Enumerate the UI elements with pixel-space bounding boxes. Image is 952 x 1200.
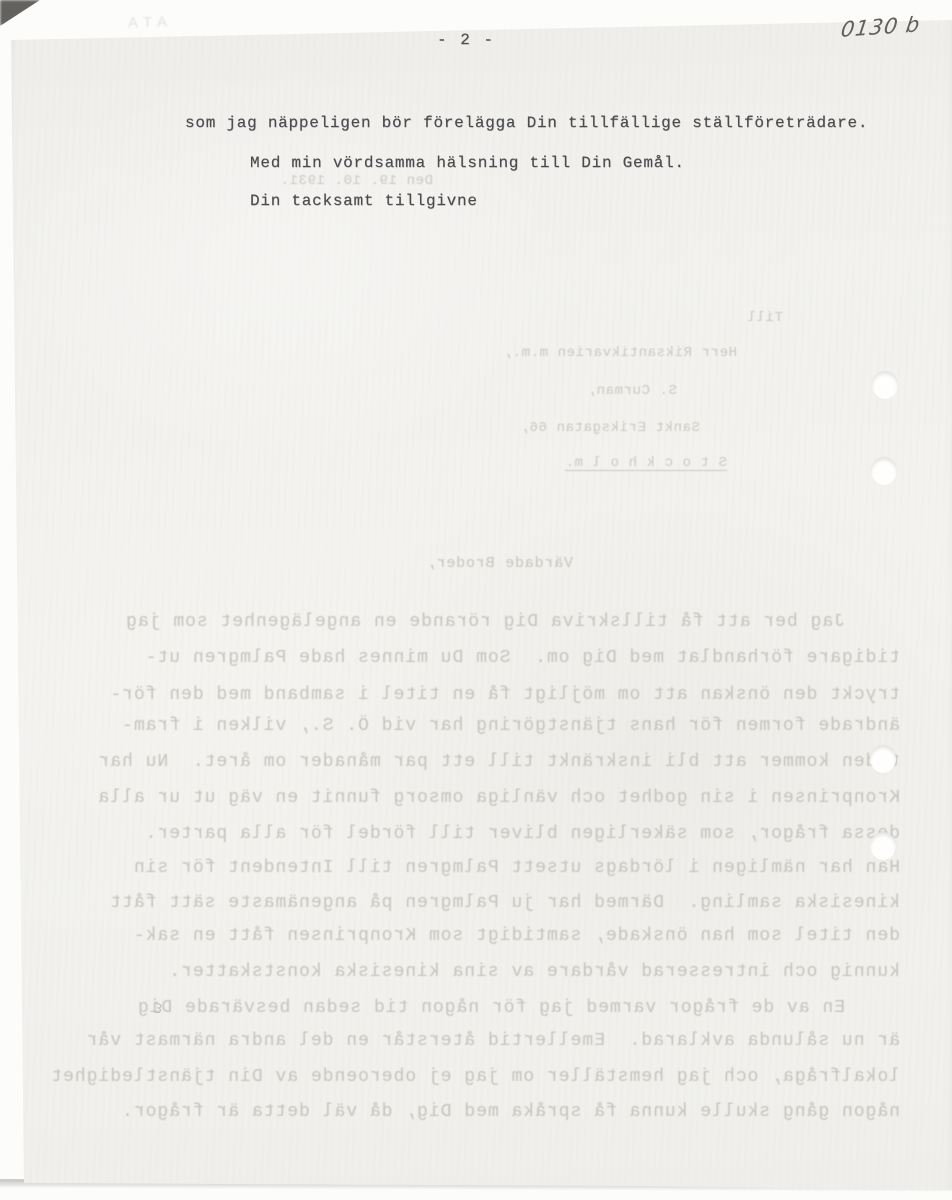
- punch-hole: [871, 457, 897, 485]
- scan-corner-shadow: [0, 0, 40, 26]
- punch-hole: [870, 745, 896, 773]
- typed-line: Din tacksamt tillgivne: [250, 192, 478, 210]
- typed-line: Med min vördsamma hälsning till Din Gemå…: [250, 154, 685, 172]
- punch-hole: [870, 832, 896, 860]
- typed-line: som jag näppeligen bör förelägga Din til…: [185, 114, 868, 132]
- paper-sheet: [0, 0, 952, 1200]
- page-number: - 2 -: [437, 31, 495, 49]
- ata-stamp: ATA: [128, 13, 173, 31]
- punch-hole: [872, 371, 898, 399]
